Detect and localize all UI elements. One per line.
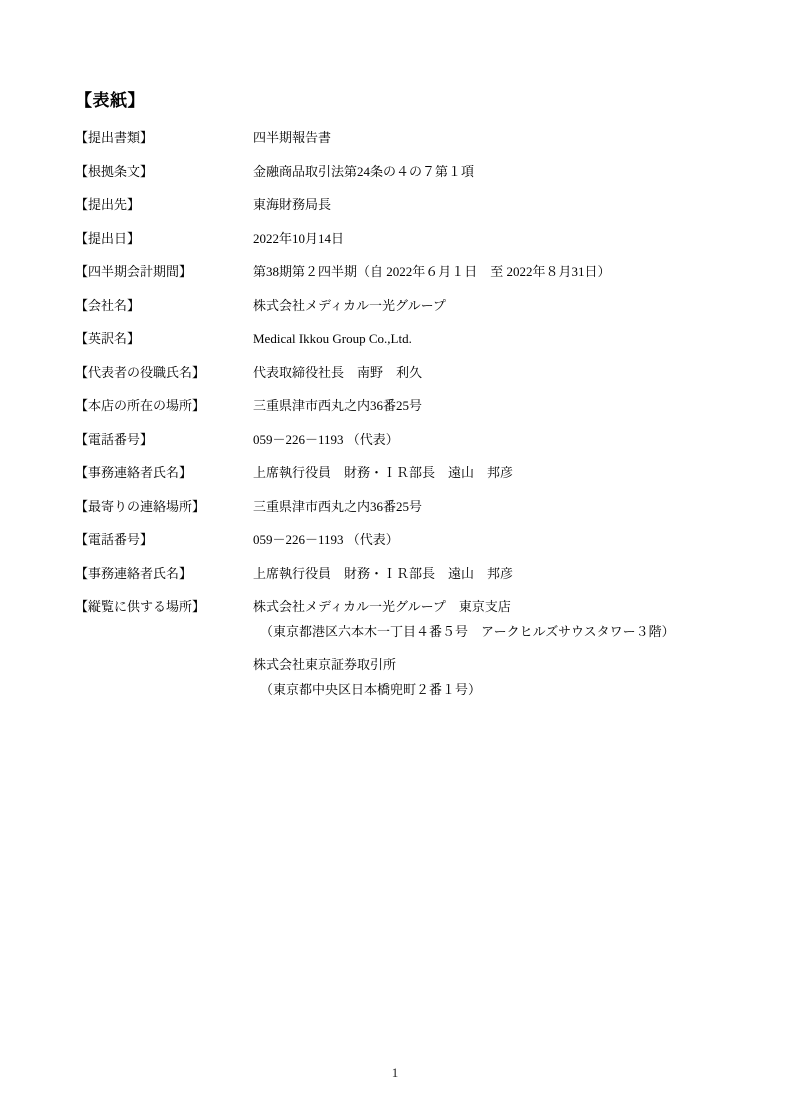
field-value: 059－226－1193 （代表） — [253, 431, 399, 449]
cover-fields: 【提出書類】 四半期報告書 【根拠条文】 金融商品取引法第24条の４の７第１項 … — [75, 129, 755, 715]
field-row: 【本店の所在の場所】 三重県津市西丸之内36番25号 — [75, 397, 755, 415]
field-value: 東海財務局長 — [253, 196, 331, 214]
field-row: 【提出書類】 四半期報告書 — [75, 129, 755, 147]
field-row: 【会社名】 株式会社メディカル一光グループ — [75, 297, 755, 315]
inspection-places-row: 【縦覧に供する場所】 株式会社メディカル一光グループ 東京支店 （東京都港区六本… — [75, 598, 755, 699]
page-number: 1 — [0, 1065, 790, 1081]
field-label: 【事務連絡者氏名】 — [75, 565, 253, 583]
field-label: 【提出日】 — [75, 230, 253, 248]
field-label: 【四半期会計期間】 — [75, 263, 253, 281]
field-row: 【事務連絡者氏名】 上席執行役員 財務・ＩＲ部長 遠山 邦彦 — [75, 565, 755, 583]
field-row: 【最寄りの連絡場所】 三重県津市西丸之内36番25号 — [75, 498, 755, 516]
field-row: 【提出先】 東海財務局長 — [75, 196, 755, 214]
document-page: 【表紙】 【提出書類】 四半期報告書 【根拠条文】 金融商品取引法第24条の４の… — [0, 0, 790, 1118]
field-value: 株式会社メディカル一光グループ — [253, 297, 446, 315]
inspection-places-value: 株式会社メディカル一光グループ 東京支店 （東京都港区六本木一丁目４番５号 アー… — [253, 598, 675, 699]
field-row: 【英訳名】 Medical Ikkou Group Co.,Ltd. — [75, 330, 755, 348]
field-label: 【本店の所在の場所】 — [75, 397, 253, 415]
field-row: 【電話番号】 059－226－1193 （代表） — [75, 531, 755, 549]
field-value: 三重県津市西丸之内36番25号 — [253, 498, 422, 516]
inspection-place-name: 株式会社メディカル一光グループ 東京支店 — [253, 598, 675, 616]
field-value: 第38期第２四半期（自 2022年６月１日 至 2022年８月31日） — [253, 263, 611, 281]
field-row: 【提出日】 2022年10月14日 — [75, 230, 755, 248]
field-value: 上席執行役員 財務・ＩＲ部長 遠山 邦彦 — [253, 464, 513, 482]
field-row: 【事務連絡者氏名】 上席執行役員 財務・ＩＲ部長 遠山 邦彦 — [75, 464, 755, 482]
field-row: 【代表者の役職氏名】 代表取締役社長 南野 利久 — [75, 364, 755, 382]
inspection-place-address: （東京都港区六本木一丁目４番５号 アークヒルズサウスタワー３階） — [253, 623, 675, 641]
inspection-place-address: （東京都中央区日本橋兜町２番１号） — [253, 681, 675, 699]
field-value: Medical Ikkou Group Co.,Ltd. — [253, 330, 412, 348]
field-value: 2022年10月14日 — [253, 230, 344, 248]
field-row: 【電話番号】 059－226－1193 （代表） — [75, 431, 755, 449]
field-label: 【提出書類】 — [75, 129, 253, 147]
page-title: 【表紙】 — [75, 86, 145, 111]
field-label: 【根拠条文】 — [75, 163, 253, 181]
field-label: 【電話番号】 — [75, 531, 253, 549]
inspection-place-name: 株式会社東京証券取引所 — [253, 656, 675, 674]
field-value: 三重県津市西丸之内36番25号 — [253, 397, 422, 415]
field-label: 【最寄りの連絡場所】 — [75, 498, 253, 516]
field-label: 【代表者の役職氏名】 — [75, 364, 253, 382]
field-row: 【根拠条文】 金融商品取引法第24条の４の７第１項 — [75, 163, 755, 181]
field-value: 上席執行役員 財務・ＩＲ部長 遠山 邦彦 — [253, 565, 513, 583]
field-label: 【事務連絡者氏名】 — [75, 464, 253, 482]
field-value: 代表取締役社長 南野 利久 — [253, 364, 422, 382]
field-value: 059－226－1193 （代表） — [253, 531, 399, 549]
field-label: 【英訳名】 — [75, 330, 253, 348]
field-row: 【四半期会計期間】 第38期第２四半期（自 2022年６月１日 至 2022年８… — [75, 263, 755, 281]
field-label: 【会社名】 — [75, 297, 253, 315]
field-label: 【電話番号】 — [75, 431, 253, 449]
field-value: 金融商品取引法第24条の４の７第１項 — [253, 163, 474, 181]
field-label: 【縦覧に供する場所】 — [75, 598, 253, 616]
field-value: 四半期報告書 — [253, 129, 331, 147]
field-label: 【提出先】 — [75, 196, 253, 214]
